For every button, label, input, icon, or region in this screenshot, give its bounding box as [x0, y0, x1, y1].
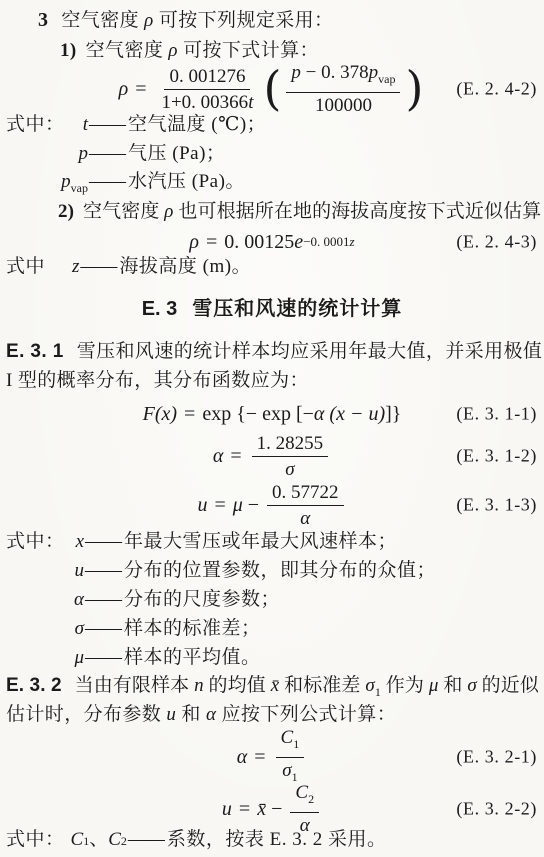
- clause-text: 和: [176, 704, 206, 725]
- lhs-rho: ρ: [189, 231, 199, 254]
- equation-E322: u = x̄ − C2 α (E. 3. 2-2): [0, 787, 544, 831]
- fraction: 1. 28255 σ: [252, 433, 329, 480]
- equals-sign: =: [230, 445, 241, 468]
- clause-text: 估计时，分布参数: [6, 704, 166, 725]
- equals-sign: =: [135, 78, 146, 101]
- rho-symbol: ρ: [168, 40, 178, 61]
- numerator: p − 0. 378pvap: [286, 62, 400, 93]
- definition-row-alpha: α —— 分布的尺度参数；: [6, 588, 280, 611]
- var-C: C: [281, 727, 294, 748]
- equation-number: (E. 3. 2-2): [456, 799, 537, 820]
- denominator: 100000: [310, 93, 377, 116]
- symbol-cell: p: [54, 142, 88, 165]
- clause-number: E. 3. 1: [6, 341, 64, 362]
- clause-text: 应按下列公式计算：: [216, 704, 396, 725]
- symbol-cell: x: [54, 530, 84, 553]
- clause-text: 空气密度: [61, 10, 144, 31]
- numerator: C1: [276, 727, 305, 758]
- clause-text: 和标准差: [279, 675, 365, 696]
- where-label: 式中：: [6, 530, 54, 553]
- right-paren: ): [405, 69, 423, 109]
- symbol-cell: pvap: [54, 170, 88, 200]
- numerator: C2: [290, 782, 319, 813]
- equation-E312: α = 1. 28255 σ (E. 3. 1-2): [0, 432, 544, 480]
- symbol-description: 水汽压 (Pa)。: [128, 170, 245, 193]
- var-x: x: [76, 531, 84, 552]
- fraction: 0. 57722 α: [267, 482, 344, 529]
- coefficient: − 0. 378: [301, 62, 369, 83]
- dash: ——: [88, 113, 128, 136]
- clause-text: 作为: [381, 675, 429, 696]
- var-t: t: [248, 92, 253, 113]
- definition-row-mu: μ —— 样本的平均值。: [6, 646, 261, 669]
- clause-E32-line2: 估计时，分布参数 u 和 α 应按下列公式计算：: [6, 703, 396, 726]
- lhs-alpha: α: [213, 445, 224, 468]
- symbol-description: 分布的位置参数，即其分布的众值；: [124, 559, 436, 582]
- var-mu: μ: [429, 675, 439, 696]
- var-sigma: σ: [282, 760, 291, 781]
- clause-text-after: 可按下列规定采用：: [154, 10, 334, 31]
- equals-sign: =: [214, 494, 225, 517]
- var-sigma1: σ: [365, 675, 374, 696]
- item-number: 1): [60, 40, 77, 61]
- equals-sign: =: [184, 403, 195, 426]
- den-const: 1+0. 00366: [161, 92, 248, 113]
- dash: ——: [88, 142, 128, 165]
- var-alpha: α: [206, 704, 216, 725]
- section-title: 雪压和风速的统计计算: [192, 292, 402, 321]
- clause-E31-line1: E. 3. 1雪压和风速的统计样本均应采用年最大值，并采用极值: [6, 340, 542, 363]
- dash: ——: [84, 559, 124, 582]
- symbol-description: 系数，按表 E. 3. 2 采用。: [167, 828, 387, 851]
- where-label: 式中：: [6, 113, 54, 136]
- subscript-2: 2: [308, 792, 314, 806]
- denominator-sigma: σ: [280, 457, 299, 480]
- alpha-x-u-term: α (x − u): [314, 403, 385, 426]
- equation-number: (E. 2. 4-3): [456, 232, 537, 253]
- symbol-cell: α: [54, 588, 84, 611]
- numerator: 0. 57722: [267, 482, 344, 506]
- where-label: 式中：: [6, 828, 65, 851]
- equation-number: (E. 3. 1-1): [456, 404, 537, 425]
- var-C1: C: [71, 828, 84, 851]
- symbol-description: 气压 (Pa)；: [128, 142, 225, 165]
- clause-3-line: 3空气密度 ρ 可按下列规定采用：: [38, 9, 333, 32]
- lhs-rho: ρ: [119, 78, 129, 101]
- symbol-cell: t: [54, 113, 88, 136]
- item-text: 空气密度: [83, 201, 164, 222]
- symbol-description: 年最大雪压或年最大风速样本；: [124, 530, 397, 553]
- symbol-cell: σ: [54, 617, 84, 640]
- equals-sign: =: [206, 231, 217, 254]
- minus-sign: −: [271, 798, 282, 821]
- symbol-cell: u: [54, 559, 84, 582]
- lhs-alpha: α: [237, 746, 248, 769]
- clause-text: I 型的概率分布，其分布函数应为：: [6, 370, 309, 391]
- symbol-description: 样本的标准差；: [124, 617, 261, 640]
- item-text-after: 也可根据所在地的海拔高度按下式近似估算：: [174, 201, 544, 222]
- dash: ——: [84, 646, 124, 669]
- definition-row-t: 式中： t —— 空气温度 (℃)；: [6, 113, 266, 136]
- where-label: 式中: [6, 255, 72, 278]
- clause-E31-line2: I 型的概率分布，其分布函数应为：: [6, 369, 309, 392]
- clause-E32-line1: E. 3. 2当由有限样本 n 的均值 x̄ 和标准差 σ1 作为 μ 和 σ …: [6, 674, 539, 704]
- fraction-1: 0. 001276 1+0. 00366t: [156, 66, 258, 113]
- denominator-alpha: α: [295, 506, 315, 529]
- mu-term: μ: [233, 494, 243, 517]
- equation-E321: α = C1 σ1 (E. 3. 2-1): [0, 733, 544, 781]
- equation-E311: F(x) = exp {− exp [− α (x − u) ]} (E. 3.…: [0, 398, 544, 430]
- dash: ——: [84, 588, 124, 611]
- item-text: 空气密度: [86, 40, 169, 61]
- symbol-description: 分布的尺度参数；: [124, 588, 280, 611]
- equation-number: (E. 2. 4-2): [456, 79, 537, 100]
- equation-E242: ρ = 0. 001276 1+0. 00366t ( p − 0. 378pv…: [0, 62, 544, 116]
- symbol-description: 海拔高度 (m)。: [119, 255, 251, 278]
- var-p-vap: p: [369, 62, 379, 83]
- symbol-description: 空气温度 (℃)；: [128, 113, 266, 136]
- clause-text: 当由有限样本: [75, 675, 194, 696]
- definition-row-x: 式中： x —— 年最大雪压或年最大风速样本；: [6, 530, 397, 553]
- exponent: −0. 0001z: [303, 234, 354, 250]
- dash: ——: [127, 828, 167, 851]
- var-alpha: α: [74, 589, 84, 610]
- var-n: n: [194, 675, 204, 696]
- var-C: C: [295, 782, 308, 803]
- symbol-cell: μ: [54, 646, 84, 669]
- fraction: C1 σ1: [276, 727, 305, 788]
- minus-sign: −: [248, 494, 259, 517]
- vap-subscript: vap: [378, 72, 395, 86]
- subscript-1: 1: [293, 737, 299, 751]
- numerator: 1. 28255: [252, 433, 329, 457]
- clause-text: 雪压和风速的统计样本均应采用年最大值，并采用极值: [77, 341, 543, 362]
- fraction-2: p − 0. 378pvap 100000: [286, 62, 400, 116]
- var-C2: C: [108, 828, 121, 851]
- item-text-after: 可按下式计算：: [178, 40, 319, 61]
- clause-number: E. 3. 2: [6, 675, 62, 696]
- closing-brackets: ]}: [385, 403, 401, 426]
- equation-E313: u = μ − 0. 57722 α (E. 3. 1-3): [0, 481, 544, 529]
- vap-subscript: vap: [71, 181, 88, 195]
- clause-text: 的近似: [477, 675, 539, 696]
- xbar-term: x̄: [257, 798, 266, 821]
- enumeration-comma: 、: [89, 828, 108, 851]
- exp-const: −0. 0001: [303, 234, 349, 249]
- equals-sign: =: [239, 798, 250, 821]
- var-p: p: [291, 62, 301, 83]
- clause-text: 和: [439, 675, 468, 696]
- var-z: z: [350, 234, 355, 249]
- definition-row-coefficients: 式中： C1 、 C2 —— 系数，按表 E. 3. 2 采用。: [6, 828, 387, 853]
- left-paren: (: [263, 69, 281, 109]
- coefficient: 0. 00125: [224, 231, 294, 254]
- var-xbar: x̄: [271, 675, 280, 696]
- dash: ——: [79, 255, 119, 278]
- dash: ——: [84, 617, 124, 640]
- rho-symbol: ρ: [144, 10, 154, 31]
- section-heading: E. 3 雪压和风速的统计计算: [0, 292, 544, 321]
- definition-row-u: u —— 分布的位置参数，即其分布的众值；: [6, 559, 436, 582]
- lhs-u: u: [197, 494, 207, 517]
- item-number: 2): [58, 201, 74, 222]
- equation-E243: ρ = 0. 00125 e −0. 0001z (E. 2. 4-3): [0, 227, 544, 257]
- clause-text: 的均值: [204, 675, 271, 696]
- lhs-Fx: F(x): [143, 403, 177, 426]
- clause-number: 3: [38, 9, 48, 31]
- equation-number: (E. 3. 2-1): [456, 747, 537, 768]
- symbol-description: 样本的平均值。: [124, 646, 261, 669]
- rho-symbol: ρ: [164, 201, 173, 222]
- dash: ——: [84, 530, 124, 553]
- equation-number: (E. 3. 1-3): [456, 495, 537, 516]
- equals-sign: =: [254, 746, 265, 769]
- scanned-standard-page: { "page": {"background": "#f8f7f3", "ink…: [0, 0, 544, 857]
- var-sigma: σ: [467, 675, 476, 696]
- var-p: p: [79, 143, 89, 164]
- definition-row-pvap: pvap —— 水汽压 (Pa)。: [6, 170, 245, 200]
- definition-row-p: p —— 气压 (Pa)；: [6, 142, 225, 165]
- var-mu: μ: [74, 647, 84, 668]
- definition-row-sigma: σ —— 样本的标准差；: [6, 617, 261, 640]
- denominator: 1+0. 00366t: [156, 90, 258, 113]
- dash: ——: [88, 170, 128, 193]
- exp-operator: exp {− exp [−: [202, 403, 314, 426]
- var-u: u: [75, 560, 85, 581]
- lhs-u: u: [222, 798, 232, 821]
- clause-3-item2-line: 2)空气密度 ρ 也可根据所在地的海拔高度按下式近似估算：: [58, 200, 544, 223]
- var-z: z: [72, 255, 79, 278]
- var-p: p: [61, 171, 71, 192]
- section-number: E. 3: [142, 298, 178, 321]
- var-sigma: σ: [75, 618, 84, 639]
- numerator: 0. 001276: [164, 66, 250, 90]
- definition-row-z: 式中 z —— 海拔高度 (m)。: [6, 255, 251, 278]
- equation-number: (E. 3. 1-2): [456, 446, 537, 467]
- clause-3-item1-line: 1)空气密度 ρ 可按下式计算：: [60, 39, 319, 62]
- euler-e: e: [294, 231, 303, 254]
- var-u: u: [166, 704, 176, 725]
